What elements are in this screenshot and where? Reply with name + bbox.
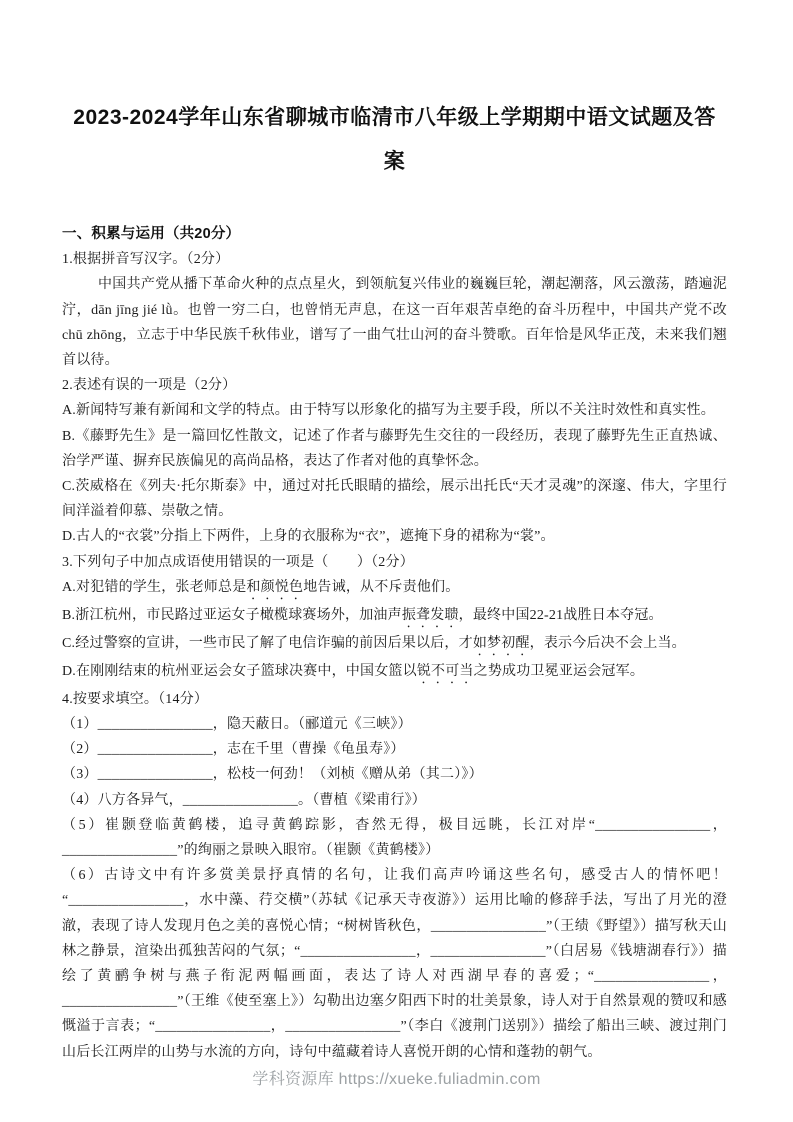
question-4-item-3: （3）________________，松枝一何劲！（刘桢《赠从弟（其二）》） [62,762,727,787]
document-page: 2023-2024学年山东省聊城市临清市八年级上学期期中语文试题及答 案 一、积… [0,0,793,1122]
option-text: 地告诫，从不斥责他们。 [303,580,459,595]
document-title-line-2: 案 [62,140,727,184]
question-3-label: 3.下列句子中加点成语使用错误的一项是（ ）（2分） [62,550,727,575]
question-3-option-c: C.经过警察的宣讲，一些市民了解了电信诈骗的前因后果以后，才如梦初醒，表示今后决… [62,631,727,659]
question-2-option-d: D.古人的“衣裳”分指上下两件，上身的衣服称为“衣”，遮掩下身的裙称为“裳”。 [62,524,727,549]
question-2-option-b: B.《藤野先生》是一篇回忆性散文，记述了作者与藤野先生交往的一段经历，表现了藤野… [62,424,727,474]
emphasized-idiom: 如梦初醒 [473,636,530,651]
document-body: 一、积累与运用（共20分） 1.根据拼音写汉字。（2分） 中国共产党从播下革命火… [62,222,727,1065]
option-text: C.经过警察的宣讲，一些市民了解了电信诈骗的前因后果以后，才 [62,636,473,651]
emphasized-idiom: 锐不可当 [417,664,474,679]
question-3-option-b: B.浙江杭州，市民路过亚运女子橄榄球赛场外，加油声振聋发聩，最终中国22-21战… [62,603,727,631]
question-4-item-1: （1）________________，隐天蔽日。（郦道元《三峡》） [62,712,727,737]
option-text: D.在刚刚结束的杭州亚运会女子篮球决赛中，中国女篮以 [62,664,417,679]
question-3-option-d: D.在刚刚结束的杭州亚运会女子篮球决赛中，中国女篮以锐不可当之势成功卫冕亚运会冠… [62,659,727,687]
question-4-item-2: （2）________________，志在千里（曹操《龟虽寿》） [62,737,727,762]
option-text: B.浙江杭州，市民路过亚运女子橄榄球赛场外，加油声 [62,608,402,623]
question-4-item-4: （4）八方各异气，________________。（曹植《梁甫行》） [62,788,727,813]
option-text: 之势成功卫冕亚运会冠军。 [474,664,644,679]
question-2-option-a: A.新闻特写兼有新闻和文学的特点。由于特写以形象化的描写为主要手段，所以不关注时… [62,398,727,423]
question-4-label: 4.按要求填空。（14分） [62,687,727,712]
emphasized-idiom: 振聋发聩 [402,608,459,623]
footer-watermark: 学科资源库 https://xueke.fuliadmin.com [0,1066,793,1089]
question-4-item-5: （5）崔颢登临黄鹤楼，追寻黄鹤踪影，杳然无得，极目远眺，长江对岸“_______… [62,813,727,863]
question-2-option-c: C.茨威格在《列夫·托尔斯泰》中，通过对托氏眼睛的描绘，展示出托氏“天才灵魂”的… [62,474,727,524]
question-1-label: 1.根据拼音写汉字。（2分） [62,247,727,272]
option-text: ，最终中国22-21战胜日本夺冠。 [459,608,663,623]
question-4-item-6: （6）古诗文中有许多赏美景抒真情的名句，让我们高声吟诵这些名句，感受古人的情怀吧… [62,863,727,1065]
question-3-option-a: A.对犯错的学生，张老师总是和颜悦色地告诫，从不斥责他们。 [62,575,727,603]
document-title-line-1: 2023-2024学年山东省聊城市临清市八年级上学期期中语文试题及答 [62,96,727,140]
footer-site-text: 学科资源库 https://xueke.fuliadmin.com [252,1071,540,1088]
emphasized-idiom: 和颜悦色 [246,580,303,595]
option-text: A.对犯错的学生，张老师总是 [62,580,246,595]
option-text: ，表示今后决不会上当。 [530,636,686,651]
question-1-passage: 中国共产党从播下革命火种的点点星火，到领航复兴伟业的巍巍巨轮，潮起潮落，风云激荡… [62,272,727,373]
section-1-heading: 一、积累与运用（共20分） [62,222,727,247]
question-2-label: 2.表述有误的一项是（2分） [62,373,727,398]
document-title: 2023-2024学年山东省聊城市临清市八年级上学期期中语文试题及答 案 [62,96,727,184]
